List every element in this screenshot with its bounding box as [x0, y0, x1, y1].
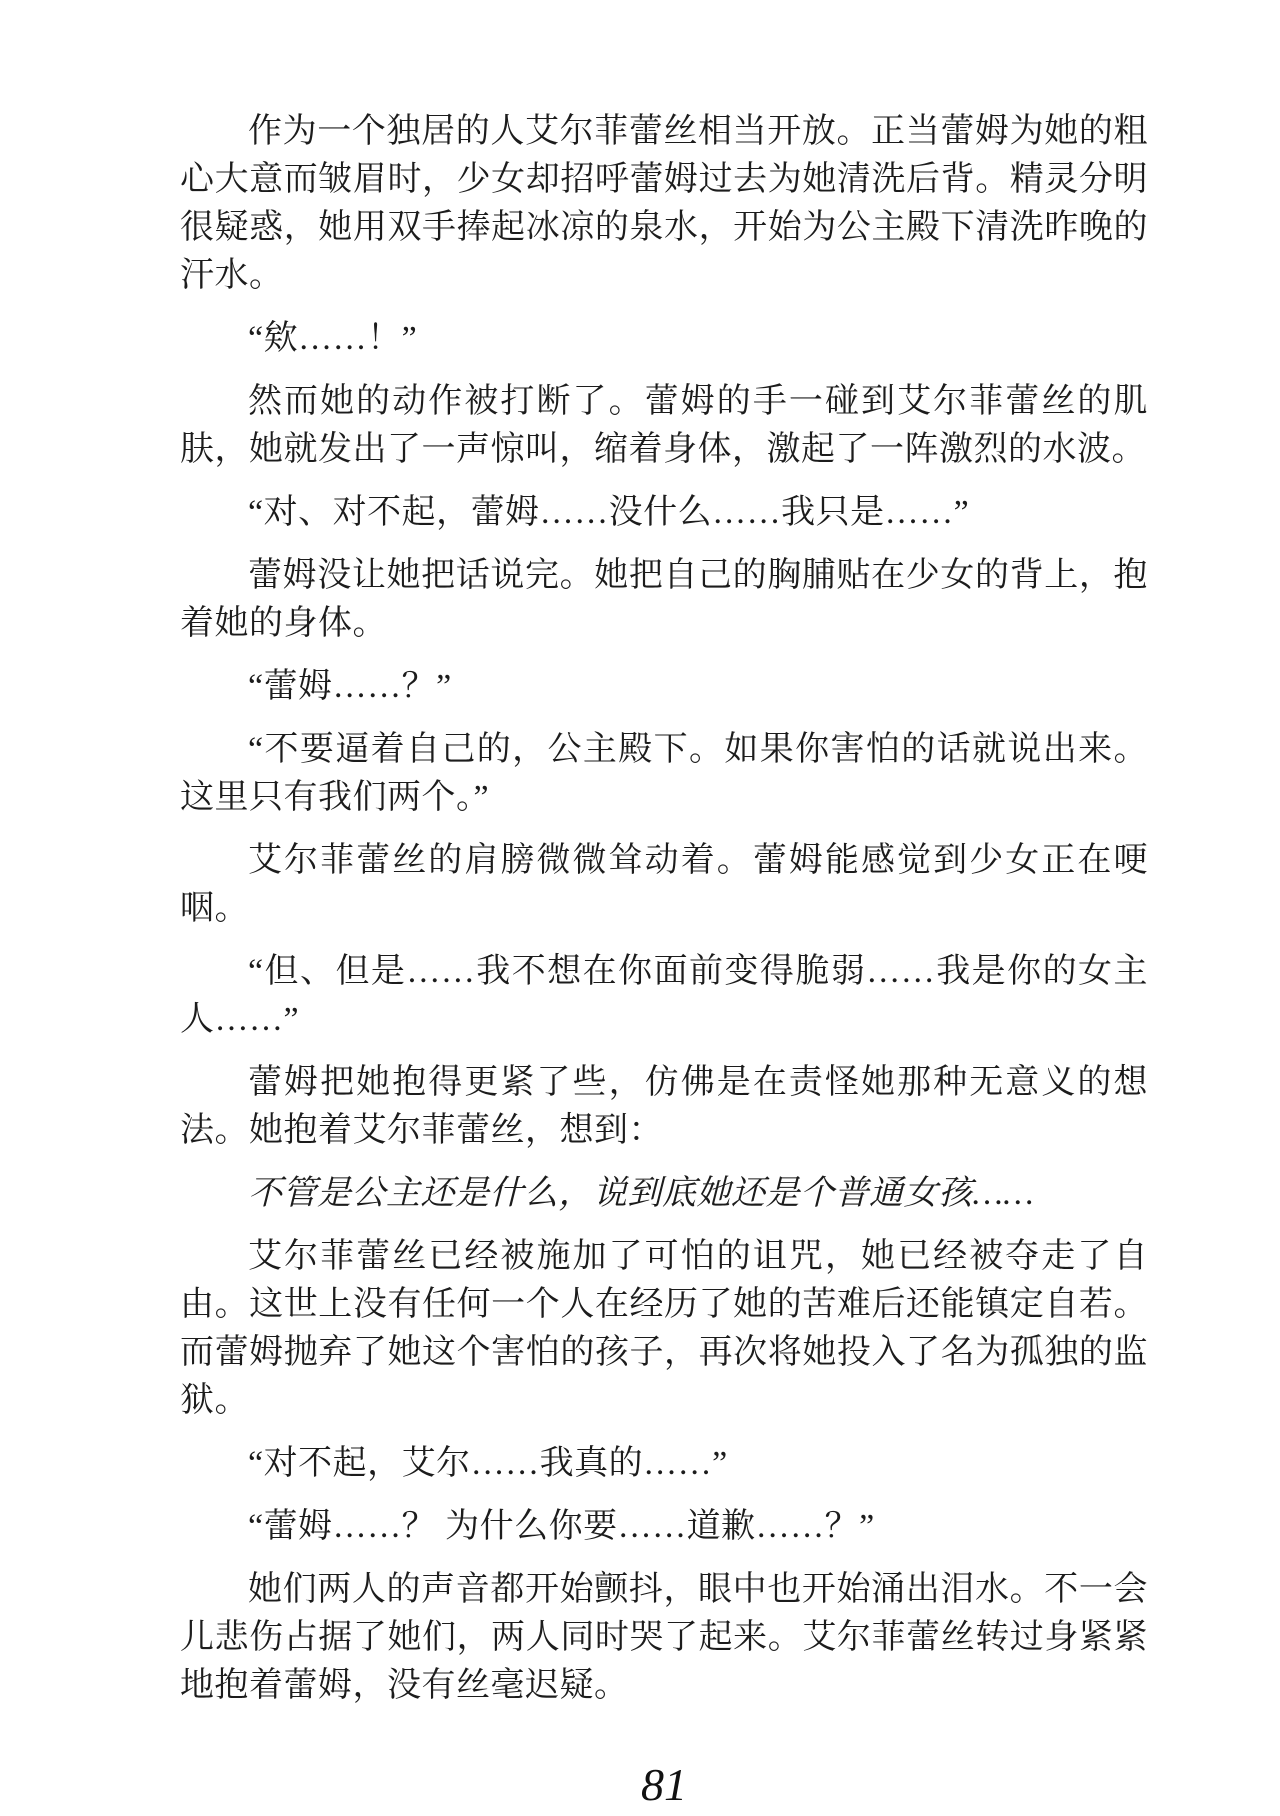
narration-paragraph: 她们两人的声音都开始颤抖，眼中也开始涌出泪水。不一会儿悲伤占据了她们，两人同时哭…: [180, 1566, 1148, 1710]
page-text-block: 作为一个独居的人艾尔菲蕾丝相当开放。正当蕾姆为她的粗心大意而皱眉时，少女却招呼蕾…: [180, 108, 1148, 1811]
dialogue-paragraph: “蕾姆……？ 为什么你要……道歉……？”: [180, 1503, 1148, 1551]
narration-paragraph: 作为一个独居的人艾尔菲蕾丝相当开放。正当蕾姆为她的粗心大意而皱眉时，少女却招呼蕾…: [180, 108, 1148, 300]
narration-paragraph: 艾尔菲蕾丝的肩膀微微耸动着。蕾姆能感觉到少女正在哽咽。: [180, 837, 1148, 933]
dialogue-paragraph: “不要逼着自己的，公主殿下。如果你害怕的话就说出来。这里只有我们两个。”: [180, 726, 1148, 822]
narration-paragraph: 蕾姆把她抱得更紧了些，仿佛是在责怪她那种无意义的想法。她抱着艾尔菲蕾丝，想到：: [180, 1059, 1148, 1155]
dialogue-paragraph: “对不起，艾尔……我真的……”: [180, 1440, 1148, 1488]
narration-paragraph: 然而她的动作被打断了。蕾姆的手一碰到艾尔菲蕾丝的肌肤，她就发出了一声惊叫，缩着身…: [180, 378, 1148, 474]
dialogue-paragraph: “对、对不起，蕾姆……没什么……我只是……”: [180, 489, 1148, 537]
inner-thought-paragraph: 不管是公主还是什么，说到底她还是个普通女孩……: [180, 1170, 1148, 1218]
dialogue-paragraph: “欸……！”: [180, 315, 1148, 363]
page-number: 81: [180, 1758, 1148, 1811]
dialogue-paragraph: “但、但是……我不想在你面前变得脆弱……我是你的女主人……”: [180, 948, 1148, 1044]
narration-paragraph: 蕾姆没让她把话说完。她把自己的胸脯贴在少女的背上，抱着她的身体。: [180, 552, 1148, 648]
book-page: 作为一个独居的人艾尔菲蕾丝相当开放。正当蕾姆为她的粗心大意而皱眉时，少女却招呼蕾…: [0, 0, 1280, 1816]
dialogue-paragraph: “蕾姆……？”: [180, 663, 1148, 711]
narration-paragraph: 艾尔菲蕾丝已经被施加了可怕的诅咒，她已经被夺走了自由。这世上没有任何一个人在经历…: [180, 1233, 1148, 1425]
